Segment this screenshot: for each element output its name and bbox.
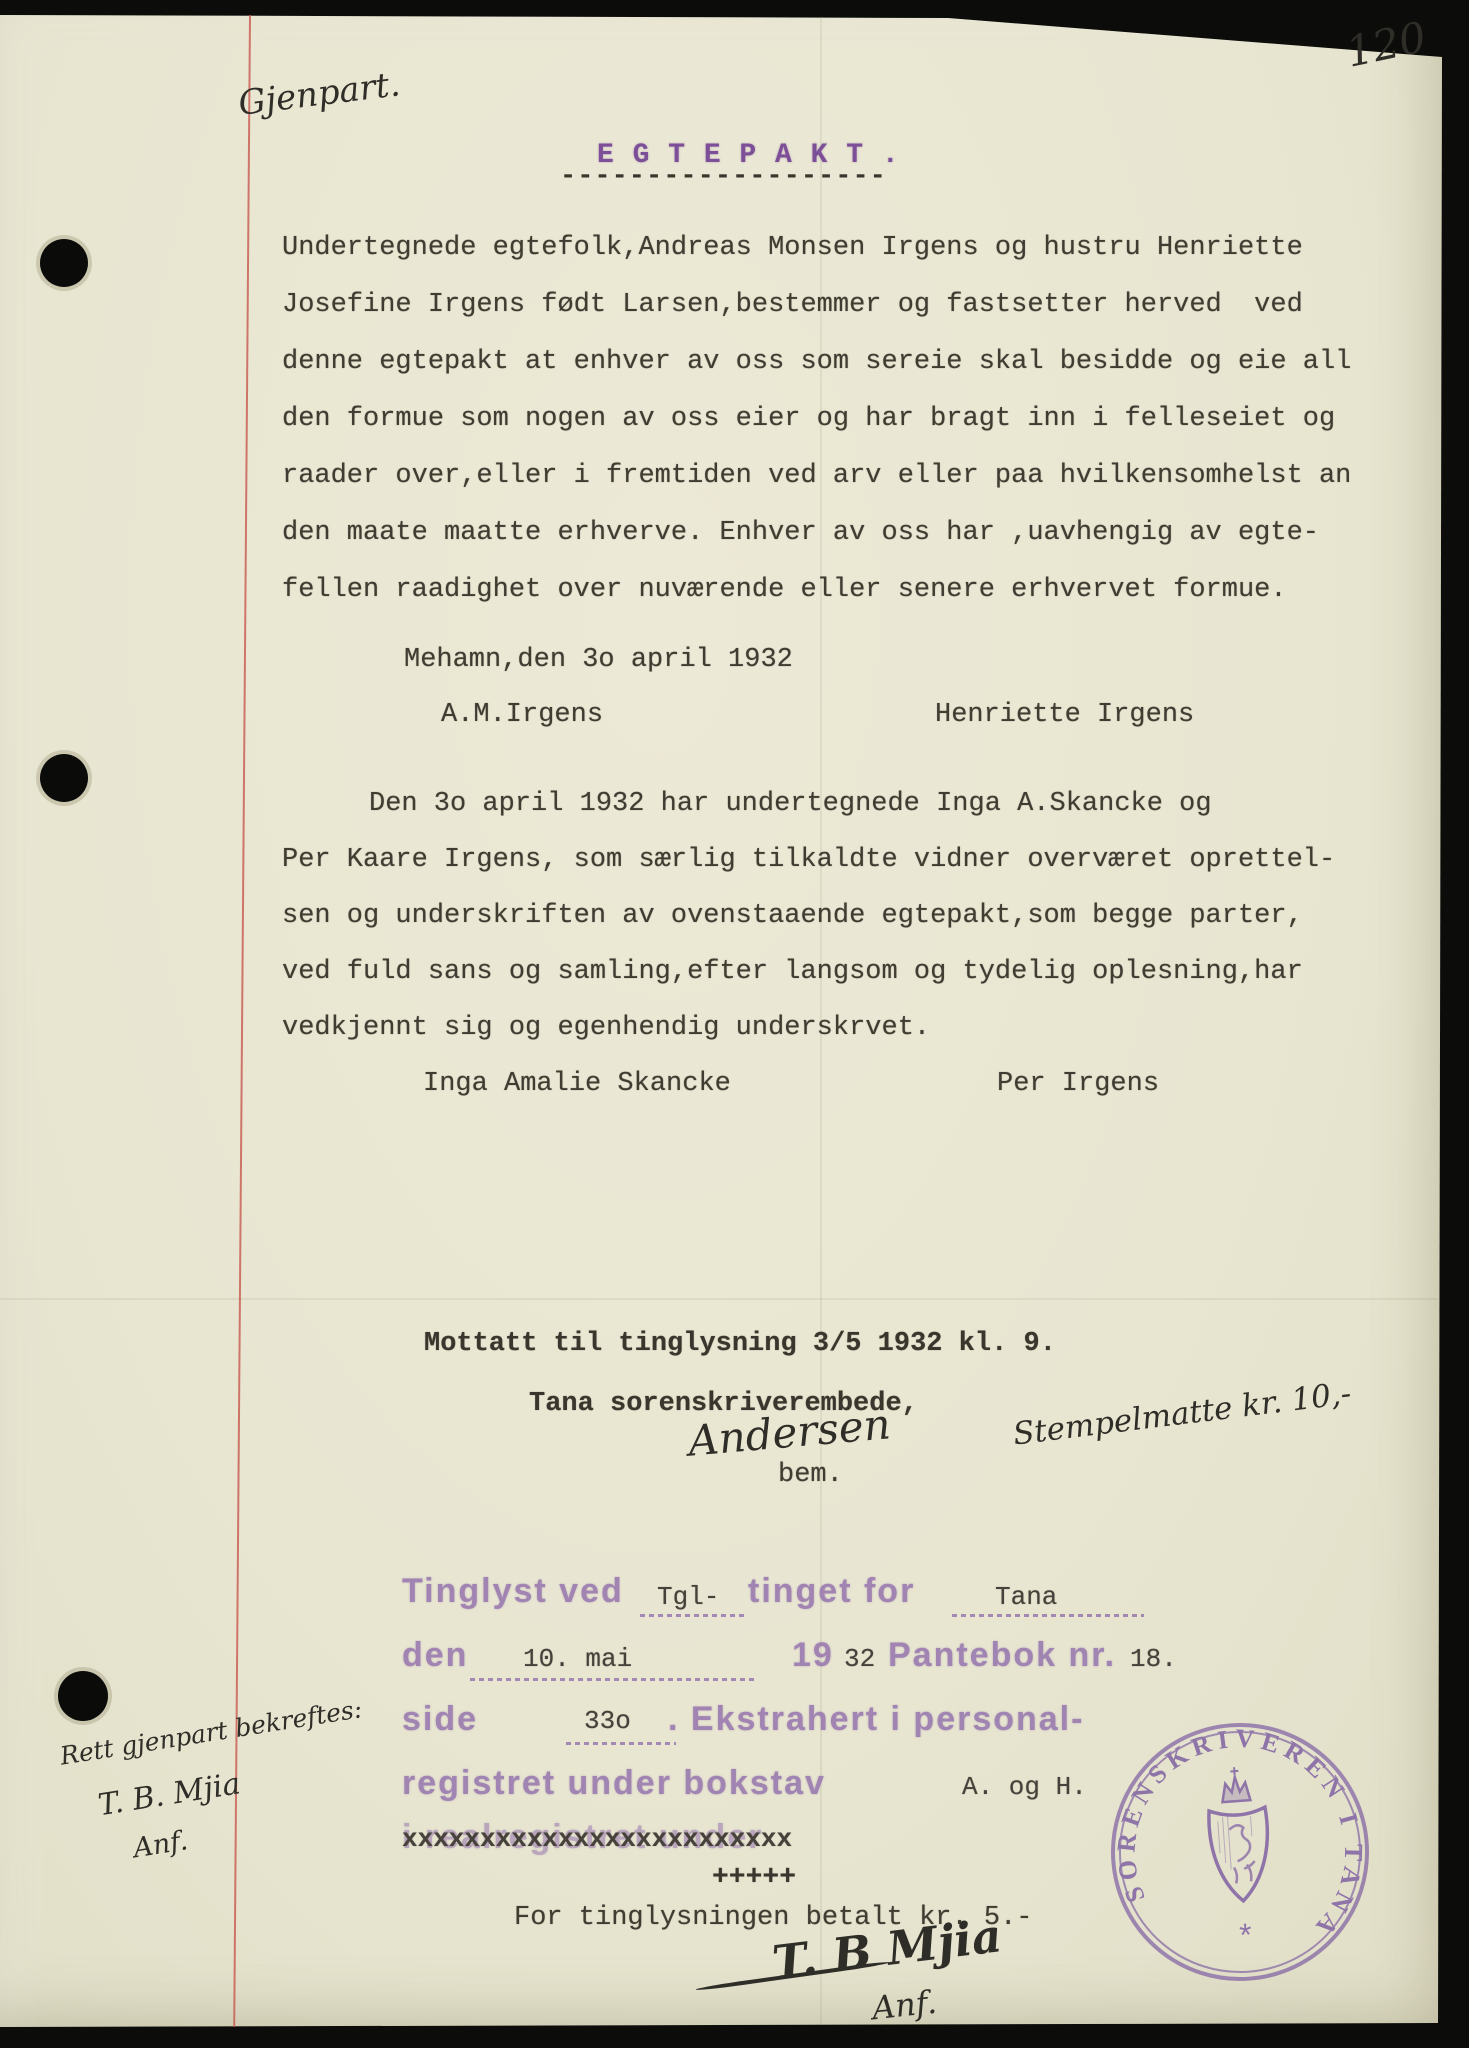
clerk-title: bem. [778, 1460, 843, 1490]
coat-of-arms-icon [1205, 1765, 1272, 1903]
body-line: vedkjennt sig og egenhendig underskrvet. [282, 1013, 930, 1043]
stamp-form-year-entry: 32 [844, 1644, 875, 1674]
body-line: denne egtepakt at enhver av oss som sere… [282, 347, 1351, 377]
place-date-line: Mehamn,den 3o april 1932 [404, 645, 793, 675]
body-line: Per Kaare Irgens, som særlig tilkaldte v… [282, 845, 1335, 875]
seal-bottom-mark: * [1235, 1919, 1257, 1957]
body-line: den maate maatte erhverve. Enhver av oss… [282, 518, 1319, 548]
stamp-form-ekstrahert: . Ekstrahert i personal- [668, 1700, 1084, 1739]
stamp-form-side: side [402, 1700, 478, 1739]
received-line: Mottatt til tinglysning 3/5 1932 kl. 9. [424, 1329, 1056, 1359]
main-signature-title: Anf. [870, 1983, 938, 2028]
stamp-form-letter-entry: A. og H. [962, 1772, 1087, 1802]
dotted-rule [640, 1614, 746, 1617]
stamp-form-tinglyst-ved: Tinglyst ved [402, 1572, 624, 1611]
stamp-form-district-entry: Tana [995, 1582, 1057, 1612]
court-seal-stamp: SORENSKRIVEREN I TANA * [1096, 1708, 1384, 1996]
stamp-form-den: den [402, 1636, 468, 1675]
dotted-rule [952, 1614, 1144, 1617]
stamp-form-date-entry: 10. mai [523, 1644, 632, 1674]
dotted-rule [566, 1742, 676, 1745]
wife-signature: Henriette Irgens [935, 700, 1194, 730]
body-line: raader over,eller i fremtiden ved arv el… [282, 461, 1351, 491]
body-line: Undertegnede egtefolk,Andreas Monsen Irg… [282, 233, 1303, 263]
dotted-rule [470, 1678, 756, 1681]
stamp-form-court-type-entry: Tgl- [657, 1582, 719, 1612]
typed-separator: +++++ [712, 1862, 796, 1893]
stamp-form-tinget-for: tinget for [748, 1572, 915, 1611]
husband-signature: A.M.Irgens [441, 700, 603, 730]
stamp-form-page-entry: 33o [584, 1706, 631, 1736]
punch-hole-top [40, 239, 88, 287]
body-line: fellen raadighet over nuværende eller se… [282, 575, 1287, 605]
witness1-signature: Inga Amalie Skancke [423, 1069, 731, 1099]
horizontal-fold-crease [0, 1298, 1438, 1300]
body-line: den formue som nogen av oss eier og har … [282, 404, 1335, 434]
body-line: Josefine Irgens født Larsen,bestemmer og… [282, 290, 1303, 320]
witness2-signature: Per Irgens [997, 1069, 1159, 1099]
punch-hole-bottom [58, 1671, 108, 1721]
stamp-form-registret-under: registret under bokstav [402, 1764, 826, 1803]
punch-hole-middle [40, 754, 88, 802]
typed-strikeout-xxx: xxxxxxxxxxxxxxxxxxxxxxxxx [402, 1824, 792, 1854]
scanned-document-page: 120 Gjenpart. E G T E P A K T . --------… [0, 0, 1469, 2048]
stamp-form-year-prefix: 19 [792, 1636, 834, 1675]
stamp-form-book-entry: 18. [1130, 1644, 1177, 1674]
stamp-form-pantebok-nr: Pantebok nr. [888, 1636, 1116, 1675]
body-line: ved fuld sans og samling,efter langsom o… [282, 957, 1303, 987]
body-line: sen og underskriften av ovenstaaende egt… [282, 901, 1303, 931]
body-line: Den 3o april 1932 har undertegnede Inga … [369, 789, 1212, 819]
title-underline: ------------------- [560, 162, 887, 192]
